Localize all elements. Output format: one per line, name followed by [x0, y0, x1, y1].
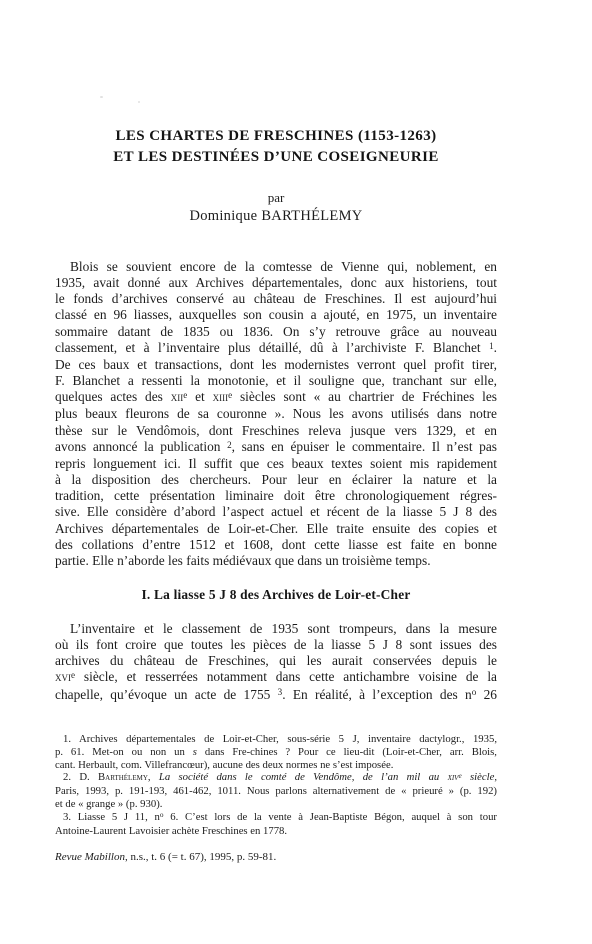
text-segment: classement, et à l’inventaire plus détai…	[55, 340, 489, 355]
text-segment: , n.s., t. 6 (= t. 67), 1995, p. 59-81.	[125, 851, 276, 863]
text-segment: siècles sont « au chartrier de Fréchines…	[232, 389, 497, 404]
text-segment: quelques actes des	[55, 389, 171, 404]
text-line: 2. D. Barthélemy, La société dans le com…	[55, 771, 497, 785]
footnote-3: 3. Liasse 5 J 11, no 6. C’est lors de la…	[55, 811, 497, 838]
text-line: F. Blanchet a ressenti la monotonie, et …	[55, 373, 497, 389]
text-segment: o	[472, 687, 477, 697]
text-segment: .	[494, 340, 497, 355]
scan-speck	[100, 96, 103, 98]
text-line: sommaire datant de 1835 ou 1836. On s’y …	[55, 324, 497, 340]
text-line: L’inventaire et le classement de 1935 so…	[55, 621, 497, 637]
text-segment: p. 61. Met-on ou non un	[55, 746, 193, 758]
text-line: archives du château de Freschines, qui l…	[55, 653, 497, 669]
byline-par: par	[55, 190, 497, 206]
text-line: 1935, avait donné aux Archives départeme…	[55, 275, 497, 291]
text-segment: ,	[494, 771, 497, 783]
text-segment: chapelle, qu’évoque un acte de 1755	[55, 687, 278, 702]
text-segment: Revue Mabillon	[55, 851, 125, 863]
text-line: où ils font croire que toutes les pièces…	[55, 637, 497, 653]
text-segment: e	[183, 390, 187, 400]
text-segment: 2. D.	[63, 771, 98, 783]
text-line: Paris, 1993, p. 191-193, 461-462, 1011. …	[55, 785, 497, 798]
journal-page: LES CHARTES DE FRESCHINES (1153-1263) ET…	[0, 0, 592, 944]
text-segment: xiii	[213, 389, 229, 404]
text-segment: o	[160, 811, 164, 819]
text-line: à la disposition des chercheurs. Pour le…	[55, 472, 497, 488]
text-segment: . En réalité, à l’exception des n	[282, 687, 472, 702]
text-segment: xvi	[55, 669, 71, 684]
text-segment: 1	[489, 341, 494, 351]
text-line: plus beaux fleurons de sa couronne ». No…	[55, 406, 497, 422]
scan-speck	[138, 101, 140, 103]
text-segment: e	[71, 670, 75, 680]
text-line: chapelle, qu’évoque un acte de 1755 3. E…	[55, 687, 497, 704]
footnote-2: 2. D. Barthélemy, La société dans le com…	[55, 771, 497, 810]
text-segment: 26	[476, 687, 497, 702]
text-segment: siècle, et resserrées notamment dans cet…	[75, 669, 497, 684]
text-segment: ,	[148, 771, 159, 783]
text-segment: 6. C’est lors de la vente à Jean-Baptist…	[164, 811, 497, 823]
text-line: classement, et à l’inventaire plus détai…	[55, 340, 497, 357]
text-line: Blois se souvient encore de la comtesse …	[55, 259, 497, 275]
text-line: 1. Archives départementales de Loir-et-C…	[55, 733, 497, 746]
text-line: partie. Elle n’aborde les faits médiévau…	[55, 553, 497, 569]
text-line: le fonds d’archives conservé au château …	[55, 291, 497, 307]
text-segment: dans Fre-chines ? Pour ce lieu-dit (Loir…	[197, 746, 497, 758]
text-segment: avons annoncé la publication	[55, 439, 227, 454]
section-heading-1: I. La liasse 5 J 8 des Archives de Loir-…	[55, 587, 497, 603]
text-line: 3. Liasse 5 J 11, no 6. C’est lors de la…	[55, 811, 497, 825]
article-title-line-2: ET LES DESTINÉES D’UNE COSEIGNEURIE	[55, 147, 497, 168]
text-segment: xii	[171, 389, 184, 404]
paragraph-section-1: L’inventaire et le classement de 1935 so…	[55, 621, 497, 704]
text-line: sive. Elle considère d’abord l’aspect ac…	[55, 504, 497, 520]
text-line: xvie siècle, et resserrées notamment dan…	[55, 669, 497, 686]
text-segment: xiv	[448, 771, 459, 783]
text-segment: , sans en épuiser le commentaire. Il n’e…	[232, 439, 497, 454]
article-title: LES CHARTES DE FRESCHINES (1153-1263) ET…	[55, 126, 497, 167]
text-segment: 3. Liasse 5 J 11, n	[63, 811, 160, 823]
text-line: avons annoncé la publication 2, sans en …	[55, 439, 497, 456]
text-line: quelques actes des xiie et xiiie siècles…	[55, 389, 497, 406]
text-segment: La société dans le comté de Vendôme, de …	[159, 771, 448, 783]
footnotes-block: 1. Archives départementales de Loir-et-C…	[55, 733, 497, 837]
text-line: De ces baux et transactions, dont les mo…	[55, 357, 497, 373]
text-segment: 3	[278, 687, 283, 697]
text-segment: e	[458, 772, 461, 780]
text-line: tradition, cette présentation liminaire …	[55, 488, 497, 504]
text-line: p. 61. Met-on ou non un s dans Fre-chine…	[55, 746, 497, 759]
text-line: thèse sur le Vendômois, dont Freschines …	[55, 423, 497, 439]
text-segment: siècle	[462, 771, 495, 783]
text-line: repris longuement ici. Il suffit que ces…	[55, 456, 497, 472]
text-line: classé en 96 liasses, auxquelles son cou…	[55, 307, 497, 323]
footnote-1: 1. Archives départementales de Loir-et-C…	[55, 733, 497, 771]
text-line: Antoine-Laurent Lavoisier achète Freschi…	[55, 825, 497, 838]
article-title-line-1: LES CHARTES DE FRESCHINES (1153-1263)	[55, 126, 497, 147]
text-segment: Barthélemy	[98, 771, 148, 783]
text-line: et de « grange » (p. 930).	[55, 798, 497, 811]
author-name: Dominique BARTHÉLEMY	[55, 208, 497, 225]
text-line: des collations d’entre 1512 et 1608, don…	[55, 537, 497, 553]
text-line: cant. Herbault, com. Villefrancœur), auc…	[55, 759, 497, 772]
text-line: Archives départementales de Loir-et-Cher…	[55, 521, 497, 537]
text-segment: 2	[227, 440, 232, 450]
text-segment: e	[228, 390, 232, 400]
text-segment: et	[187, 389, 212, 404]
paragraph-intro: Blois se souvient encore de la comtesse …	[55, 259, 497, 569]
journal-citation: Revue Mabillon, n.s., t. 6 (= t. 67), 19…	[55, 851, 497, 863]
